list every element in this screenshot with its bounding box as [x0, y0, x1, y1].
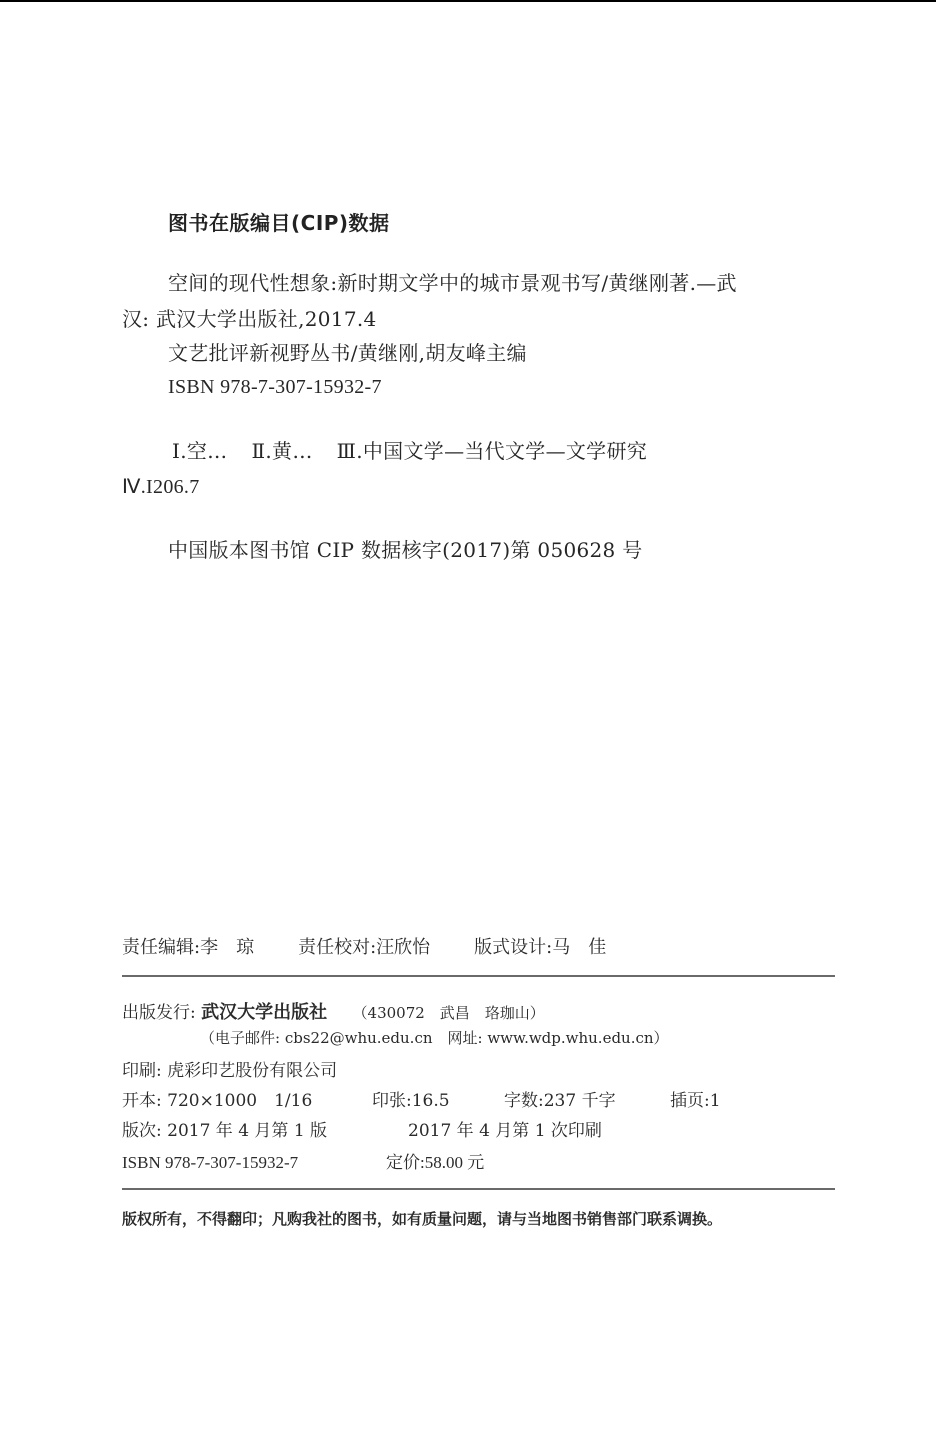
cip-series-line: 文艺批评新视野丛书/黄继刚,胡友峰主编 — [168, 340, 527, 366]
copyright-notice: 版权所有，不得翻印；凡购我社的图书，如有质量问题，请与当地图书销售部门联系调换。 — [122, 1208, 722, 1229]
spec-print-sheets: 印张:16.5 — [372, 1086, 504, 1111]
publisher-label: 出版发行: — [122, 1003, 196, 1023]
publisher-line: 出版发行: 武汉大学出版社 （430072 武昌 珞珈山） — [122, 998, 545, 1024]
divider-top — [122, 975, 835, 977]
spec-format: 开本: 720×1000 1/16 — [122, 1086, 372, 1111]
scan-top-border — [0, 0, 936, 2]
cip-isbn-line: ISBN 978-7-307-15932-7 — [168, 374, 382, 400]
credits-line: 责任编辑:李 琼责任校对:汪欣怡版式设计:马 佳 — [122, 933, 606, 959]
spec-printing: 2017 年 4 月第 1 次印刷 — [408, 1116, 602, 1141]
edition-line: 版次: 2017 年 4 月第 1 版2017 年 4 月第 1 次印刷 — [122, 1116, 602, 1141]
cip-approval-line: 中国版本图书馆 CIP 数据核字(2017)第 050628 号 — [168, 537, 643, 563]
cip-classification-line: Ⅰ.空…Ⅱ.黄…Ⅲ.中国文学—当代文学—文学研究 — [172, 438, 647, 464]
cip-heading: 图书在版编目(CIP)数据 — [168, 207, 390, 236]
printer-line: 印刷: 虎彩印艺股份有限公司 — [122, 1056, 337, 1081]
credit-editor: 责任编辑:李 琼 — [122, 933, 254, 959]
classification-item-4: Ⅳ.I206.7 — [122, 474, 200, 500]
publisher-contact: （电子邮件: cbs22@whu.edu.cn 网址: www.wdp.whu.… — [200, 1027, 669, 1048]
spec-price: 定价:58.00 元 — [386, 1148, 484, 1173]
spec-edition: 版次: 2017 年 4 月第 1 版 — [122, 1116, 408, 1141]
spec-word-count: 字数:237 千字 — [504, 1086, 670, 1111]
specs-line: 开本: 720×1000 1/16印张:16.5字数:237 千字插页:1 — [122, 1086, 721, 1111]
publisher-name: 武汉大学出版社 — [201, 1002, 327, 1023]
cip-title-line-1: 空间的现代性想象:新时期文学中的城市景观书写/黄继刚著.—武 — [168, 270, 737, 296]
credit-layout-design: 版式设计:马 佳 — [474, 933, 606, 959]
publisher-address: （430072 武昌 珞珈山） — [353, 1004, 545, 1022]
isbn-price-line: ISBN 978-7-307-15932-7定价:58.00 元 — [122, 1148, 484, 1173]
classification-item-1: Ⅰ.空… — [172, 439, 227, 463]
credit-proofreader: 责任校对:汪欣怡 — [298, 933, 430, 959]
spec-plates: 插页:1 — [670, 1086, 721, 1111]
divider-bottom — [122, 1188, 835, 1190]
spec-isbn: ISBN 978-7-307-15932-7 — [122, 1153, 386, 1173]
classification-item-2: Ⅱ.黄… — [251, 439, 312, 463]
cip-title-line-2: 汉: 武汉大学出版社,2017.4 — [122, 306, 377, 332]
classification-item-3: Ⅲ.中国文学—当代文学—文学研究 — [337, 439, 647, 463]
